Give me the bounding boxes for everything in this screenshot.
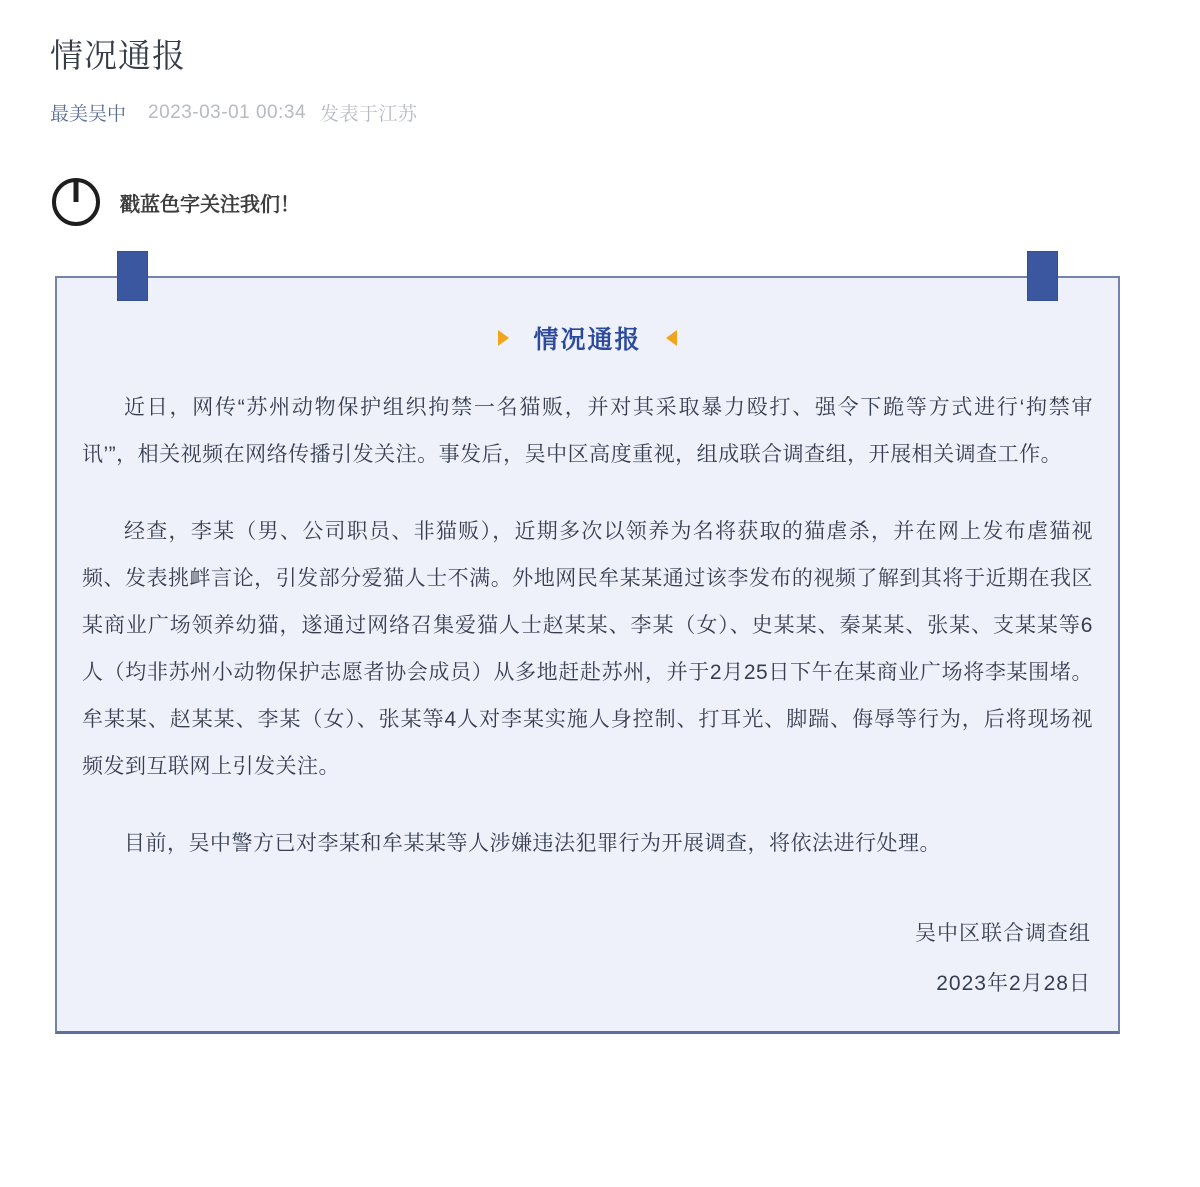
pin-right-decoration (1027, 251, 1058, 301)
notice-heading-title: 情况通报 (533, 320, 641, 356)
signature-block: 吴中区联合调查组 2023年2月28日 (82, 909, 1093, 1009)
clock-icon (50, 176, 102, 228)
notice-paragraph-2: 经查，李某（男、公司职员、非猫贩），近期多次以领养为名将获取的猫虐杀，并在网上发… (82, 508, 1093, 790)
arrow-right-icon (498, 330, 509, 346)
account-name-link[interactable]: 最美吴中 (50, 99, 126, 126)
byline: 最美吴中 2023-03-01 00:34 发表于江苏 (50, 99, 1140, 126)
arrow-left-icon (666, 330, 677, 346)
notice-paragraph-3: 目前，吴中警方已对李某和牟某某等人涉嫌违法犯罪行为开展调查，将依法进行处理。 (82, 820, 1093, 867)
article-page: 情况通报 最美吴中 2023-03-01 00:34 发表于江苏 戳蓝色字关注我… (0, 0, 1200, 1187)
publish-timestamp: 2023-03-01 00:34 (148, 102, 306, 124)
notice-heading: 情况通报 (82, 320, 1093, 356)
notice-paragraph-1: 近日，网传“苏州动物保护组织拘禁一名猫贩，并对其采取暴力殴打、强令下跪等方式进行… (82, 384, 1093, 478)
article-header: 情况通报 最美吴中 2023-03-01 00:34 发表于江苏 (0, 0, 1200, 126)
signature-org: 吴中区联合调查组 (82, 909, 1091, 959)
notice-body: 近日，网传“苏州动物保护组织拘禁一名猫贩，并对其采取暴力殴打、强令下跪等方式进行… (82, 384, 1093, 867)
follow-text: 戳蓝色字关注我们！ (120, 188, 300, 217)
publish-location: 发表于江苏 (320, 99, 418, 126)
signature-date: 2023年2月28日 (82, 959, 1091, 1009)
notice-box: 情况通报 近日，网传“苏州动物保护组织拘禁一名猫贩，并对其采取暴力殴打、强令下跪… (55, 276, 1120, 1034)
follow-banner: 戳蓝色字关注我们！ (50, 176, 1200, 228)
page-title: 情况通报 (50, 30, 1140, 77)
pin-left-decoration (117, 251, 148, 301)
